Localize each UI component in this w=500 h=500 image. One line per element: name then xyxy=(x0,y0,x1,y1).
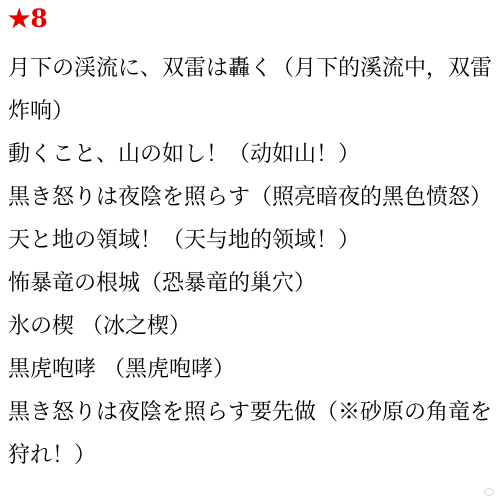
quest-line: 黒き怒りは夜陰を照らす（照亮暗夜的黑色愤怒） xyxy=(8,176,492,219)
quest-line: 黒き怒りは夜陰を照らす要先做（※砂原の角竜を狩れ！） xyxy=(8,391,492,477)
watermark-logo-icon xyxy=(484,488,494,496)
quest-line: 黒虎咆哮 （黑虎咆哮） xyxy=(8,348,492,391)
quest-line: 月下の渓流に、双雷は轟く（月下的溪流中，双雷炸响） xyxy=(8,47,492,133)
quest-line: 天と地の領域！（天与地的领域！） xyxy=(8,219,492,262)
quest-list: 月下の渓流に、双雷は轟く（月下的溪流中，双雷炸响） 動くこと、山の如し！（动如山… xyxy=(8,47,492,477)
quest-line: 怖暴竜の根城（恐暴竜的巢穴） xyxy=(8,262,492,305)
rank-label: ★8 xyxy=(8,4,48,34)
watermark xyxy=(484,488,496,496)
page: ★8 月下の渓流に、双雷は轟く（月下的溪流中，双雷炸响） 動くこと、山の如し！（… xyxy=(0,0,500,500)
quest-line: 動くこと、山の如し！（动如山！） xyxy=(8,133,492,176)
quest-line: 氷の楔 （冰之楔） xyxy=(8,305,492,348)
